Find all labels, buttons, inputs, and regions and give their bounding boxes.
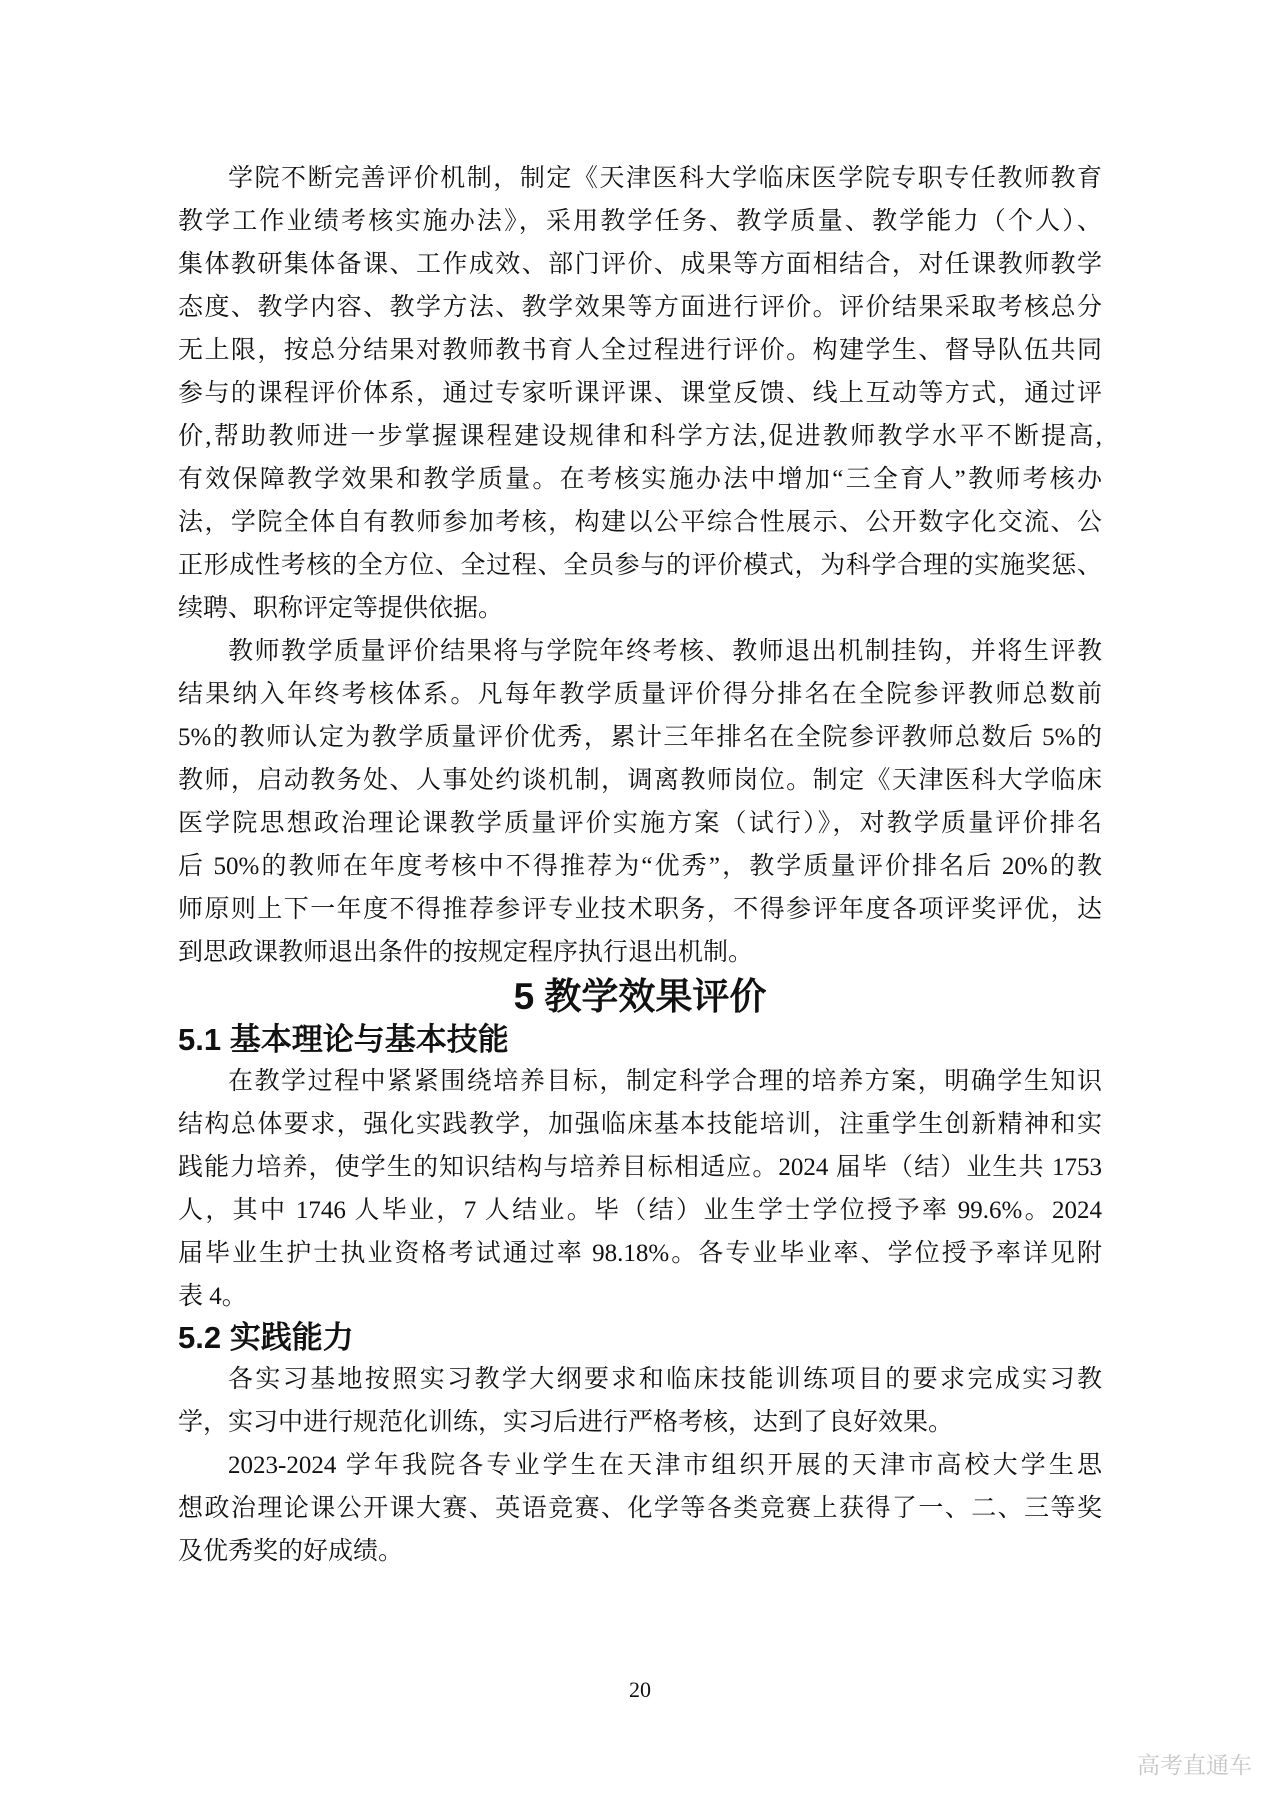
paragraph-5-2-a: 各实习基地按照实习教学大纲要求和临床技能训练项目的要求完成实习教 学，实习中进行…: [178, 1358, 1102, 1444]
text-line: 正形成性考核的全方位、全过程、全员参与的评价模式，为科学合理的实施奖惩、: [178, 544, 1102, 587]
section-heading: 5 教学效果评价: [178, 974, 1102, 1020]
text-line: 医学院思想政治理论课教学质量评价实施方案（试行）》，对教学质量评价排名: [178, 802, 1102, 845]
text-line: 无上限，按总分结果对教师教书育人全过程进行评价。构建学生、督导队伍共同: [178, 329, 1102, 372]
text-line: 结构总体要求，强化实践教学，加强临床基本技能培训，注重学生创新精神和实: [178, 1103, 1102, 1146]
paragraph-2: 教师教学质量评价结果将与学院年终考核、教师退出机制挂钩，并将生评教 结果纳入年终…: [178, 630, 1102, 974]
text-block: 学院不断完善评价机制，制定《天津医科大学临床医学院专职专任教师教育 教学工作业绩…: [178, 157, 1102, 1573]
text-line: 有效保障教学效果和教学质量。在考核实施办法中增加“三全育人”教师考核办: [178, 458, 1102, 501]
watermark: 高考直通车: [1137, 1750, 1252, 1780]
text-line: 践能力培养，使学生的知识结构与培养目标相适应。2024 届毕（结）业生共 175…: [178, 1146, 1102, 1189]
text-line: 教师，启动教务处、人事处约谈机制，调离教师岗位。制定《天津医科大学临床: [178, 759, 1102, 802]
text-line: 表 4。: [178, 1275, 1102, 1318]
text-line: 后 50%的教师在年度考核中不得推荐为“优秀”，教学质量评价排名后 20%的教: [178, 845, 1102, 888]
text-line: 到思政课教师退出条件的按规定程序执行退出机制。: [178, 931, 1102, 974]
text-line: 续聘、职称评定等提供依据。: [178, 587, 1102, 630]
text-line: 态度、教学内容、教学方法、教学效果等方面进行评价。评价结果采取考核总分: [178, 286, 1102, 329]
text-line: 在教学过程中紧紧围绕培养目标，制定科学合理的培养方案，明确学生知识: [178, 1060, 1102, 1103]
subsection-heading-5-2: 5.2 实践能力: [178, 1318, 1102, 1358]
paragraph-1: 学院不断完善评价机制，制定《天津医科大学临床医学院专职专任教师教育 教学工作业绩…: [178, 157, 1102, 630]
text-line: 5%的教师认定为教学质量评价优秀，累计三年排名在全院参评教师总数后 5%的: [178, 716, 1102, 759]
text-line: 人，其中 1746 人毕业，7 人结业。毕（结）业生学士学位授予率 99.6%。…: [178, 1189, 1102, 1232]
text-line: 教师教学质量评价结果将与学院年终考核、教师退出机制挂钩，并将生评教: [178, 630, 1102, 673]
text-line: 各实习基地按照实习教学大纲要求和临床技能训练项目的要求完成实习教: [178, 1358, 1102, 1401]
text-line: 想政治理论课公开课大赛、英语竞赛、化学等各类竞赛上获得了一、二、三等奖: [178, 1487, 1102, 1530]
text-line: 师原则上下一年度不得推荐参评专业技术职务，不得参评年度各项评奖评优，达: [178, 888, 1102, 931]
text-line: 学，实习中进行规范化训练，实习后进行严格考核，达到了良好效果。: [178, 1401, 1102, 1444]
text-line: 价,帮助教师进一步掌握课程建设规律和科学方法,促进教师教学水平不断提高,: [178, 415, 1102, 458]
page-number: 20: [0, 1676, 1280, 1704]
paragraph-5-2-b: 2023-2024 学年我院各专业学生在天津市组织开展的天津市高校大学生思 想政…: [178, 1444, 1102, 1573]
text-line: 2023-2024 学年我院各专业学生在天津市组织开展的天津市高校大学生思: [178, 1444, 1102, 1487]
paragraph-5-1: 在教学过程中紧紧围绕培养目标，制定科学合理的培养方案，明确学生知识 结构总体要求…: [178, 1060, 1102, 1318]
text-line: 学院不断完善评价机制，制定《天津医科大学临床医学院专职专任教师教育: [178, 157, 1102, 200]
text-line: 集体教研集体备课、工作成效、部门评价、成果等方面相结合，对任课教师教学: [178, 243, 1102, 286]
document-page: 学院不断完善评价机制，制定《天津医科大学临床医学院专职专任教师教育 教学工作业绩…: [0, 0, 1280, 1810]
text-line: 法，学院全体自有教师参加考核，构建以公平综合性展示、公开数字化交流、公: [178, 501, 1102, 544]
text-line: 及优秀奖的好成绩。: [178, 1530, 1102, 1573]
text-line: 届毕业生护士执业资格考试通过率 98.18%。各专业毕业率、学位授予率详见附: [178, 1232, 1102, 1275]
text-line: 结果纳入年终考核体系。凡每年教学质量评价得分排名在全院参评教师总数前: [178, 673, 1102, 716]
subsection-heading-5-1: 5.1 基本理论与基本技能: [178, 1020, 1102, 1060]
text-line: 参与的课程评价体系，通过专家听课评课、课堂反馈、线上互动等方式，通过评: [178, 372, 1102, 415]
text-line: 教学工作业绩考核实施办法》，采用教学任务、教学质量、教学能力（个人）、: [178, 200, 1102, 243]
